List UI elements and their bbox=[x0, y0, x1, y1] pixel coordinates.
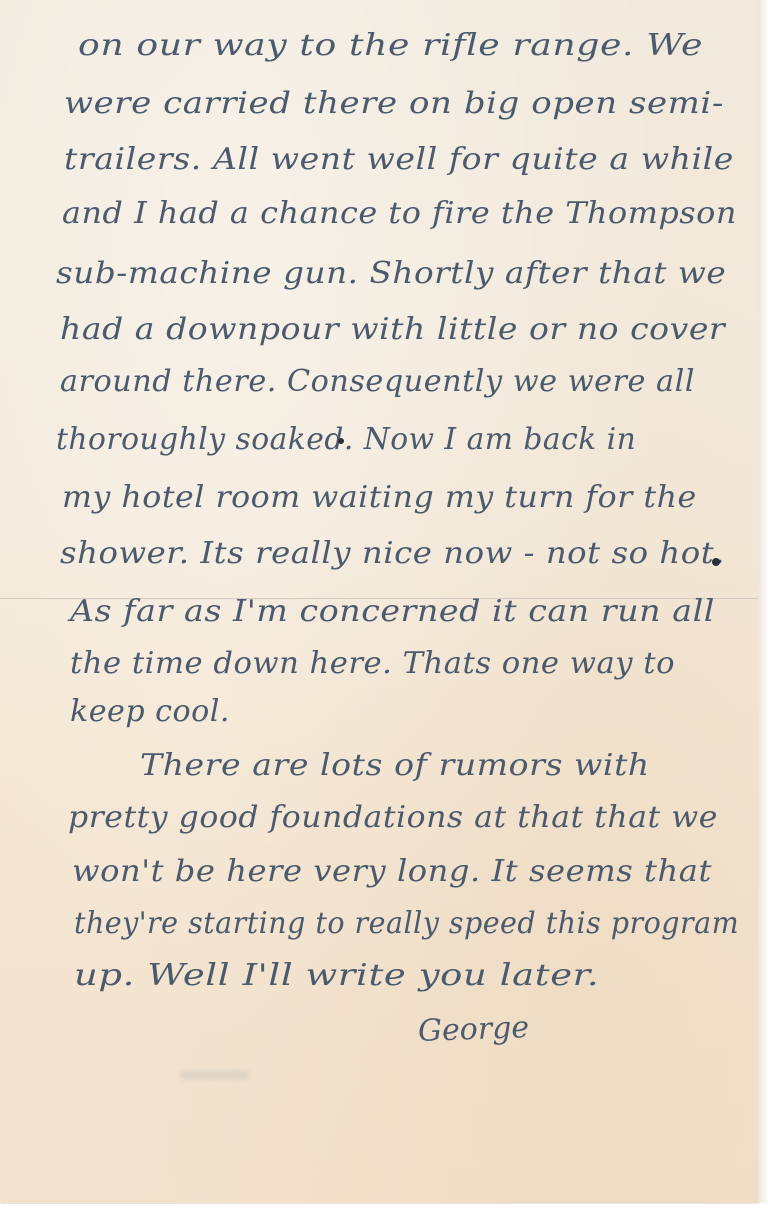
letter-line-15: pretty good foundations at that that we bbox=[68, 800, 718, 835]
ink-blot bbox=[712, 558, 720, 566]
letter-line-11: As far as I'm concerned it can run all bbox=[70, 594, 715, 629]
letter-body: on our way to the rifle range. We were c… bbox=[0, 0, 758, 1203]
letter-line-16: won't be here very long. It seems that bbox=[72, 854, 712, 889]
letter-line-12: the time down here. Thats one way to bbox=[70, 646, 675, 681]
letter-line-7: around there. Consequently we were all bbox=[60, 364, 695, 399]
letter-line-3: trailers. All went well for quite a whil… bbox=[64, 142, 734, 177]
letter-line-18: up. Well I'll write you later. bbox=[74, 958, 599, 993]
letter-line-1: on our way to the rifle range. We bbox=[78, 28, 703, 63]
letter-line-4: and I had a chance to fire the Thompson bbox=[62, 196, 737, 231]
letter-paper: on our way to the rifle range. We were c… bbox=[0, 0, 758, 1203]
letter-line-9: my hotel room waiting my turn for the bbox=[62, 480, 697, 515]
letter-line-2: were carried there on big open semi- bbox=[64, 86, 724, 121]
letter-line-13: keep cool. bbox=[70, 694, 230, 729]
letter-line-5: sub-machine gun. Shortly after that we bbox=[56, 256, 726, 291]
letter-line-10: shower. Its really nice now - not so hot… bbox=[60, 536, 725, 571]
letter-line-14: There are lots of rumors with bbox=[140, 748, 650, 783]
letter-signature: George bbox=[417, 1010, 529, 1049]
ink-period bbox=[338, 438, 344, 444]
letter-line-17: they're starting to really speed this pr… bbox=[74, 906, 739, 941]
letter-line-6: had a downpour with little or no cover bbox=[60, 312, 725, 347]
letter-line-8: thoroughly soaked. Now I am back in bbox=[56, 422, 636, 457]
